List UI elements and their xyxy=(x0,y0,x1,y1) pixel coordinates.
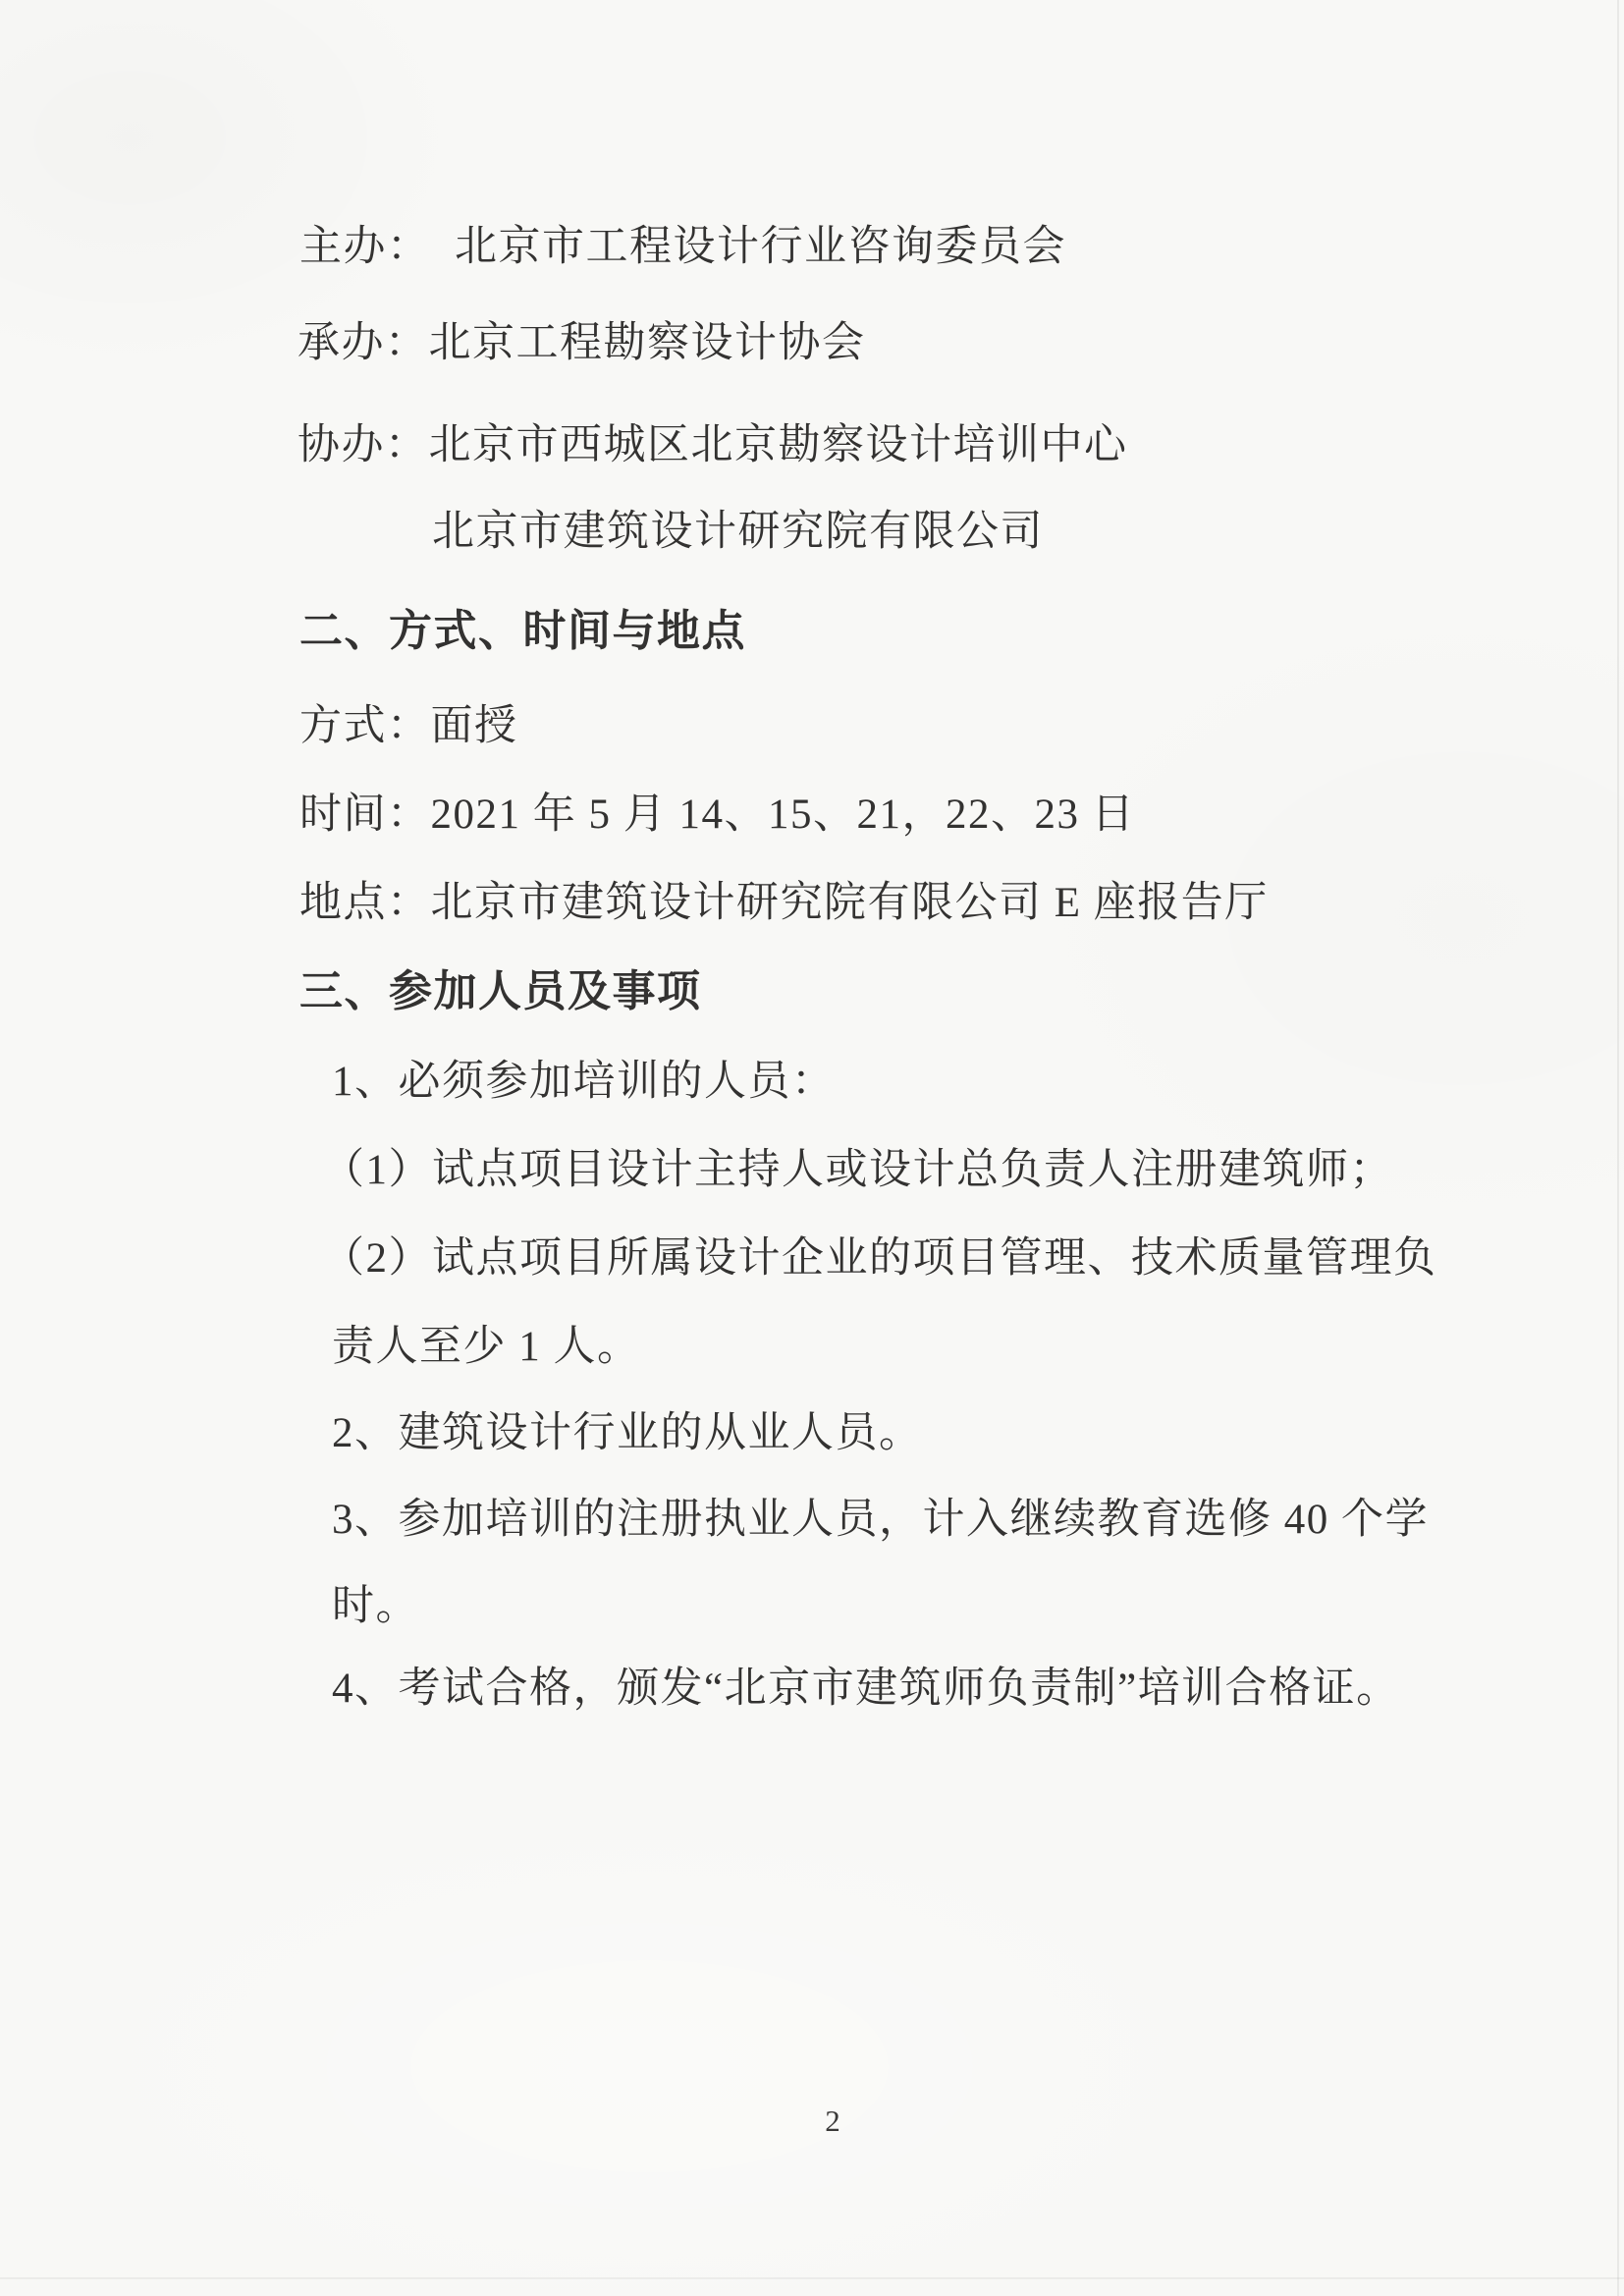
text-line: 4、考试合格，颁发“北京市建筑师负责制”培训合格证。 xyxy=(332,1664,1400,1715)
text-line: 2、建筑设计行业的从业人员。 xyxy=(332,1408,923,1459)
text-line: 承办：北京工程勘察设计协会 xyxy=(298,318,866,369)
scan-page-edge-right xyxy=(1617,0,1619,2296)
text-line: 3、参加培训的注册执业人员，计入继续教育选修 40 个学 xyxy=(332,1495,1429,1546)
text-line: （2）试点项目所属设计企业的项目管理、技术质量管理负 xyxy=(322,1233,1437,1285)
text-line: 责人至少 1 人。 xyxy=(332,1322,641,1373)
text-line: 时间：2021 年 5 月 14、15、21，22、23 日 xyxy=(299,790,1135,841)
text-line: 地点：北京市建筑设计研究院有限公司 E 座报告厅 xyxy=(299,878,1269,929)
text-line: 协办：北京市西城区北京勘察设计培训中心 xyxy=(298,420,1128,471)
scan-page-edge-bottom xyxy=(0,2277,1624,2279)
text-line: 方式：面授 xyxy=(299,701,518,752)
text-line: （1）试点项目设计主持人或设计总负责人注册建筑师； xyxy=(322,1145,1393,1196)
text-line: 北京市建筑设计研究院有限公司 xyxy=(432,507,1044,558)
section-heading: 二、方式、时间与地点 xyxy=(299,606,746,657)
page-number: 2 xyxy=(813,2104,852,2139)
text-line: 主办： 北京市工程设计行业咨询委员会 xyxy=(299,222,1066,273)
text-line: 时。 xyxy=(332,1581,419,1632)
section-heading: 三、参加人员及事项 xyxy=(299,966,702,1017)
text-line: 1、必须参加培训的人员： xyxy=(332,1057,836,1108)
document-page: 主办： 北京市工程设计行业咨询委员会承办：北京工程勘察设计协会协办：北京市西城区… xyxy=(0,0,1624,2296)
